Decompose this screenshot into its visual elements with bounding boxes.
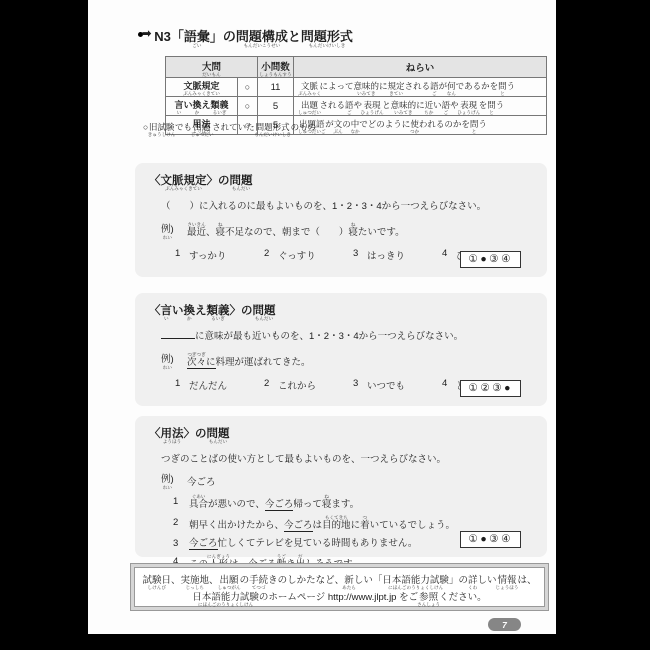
answer-marks-box: ①●③④ (460, 531, 521, 548)
section-heading: 〈言いい換かえ類義るいぎ〉の問題もんだい (149, 302, 533, 321)
row-mark: ○ (238, 78, 258, 97)
row-name: 言いい換かえ類義るいぎ (166, 97, 238, 116)
row-count: 5 (258, 97, 294, 116)
info-line-2: 日本語能力試験にほんごのうりょくしけんのホームページ http://www.jl… (135, 590, 544, 607)
answer-marks-box: ①●③④ (460, 251, 521, 268)
page-title-text: N3「語彙ごい」の問題構成もんだいこうせいと問題形式もんだいけいしき (154, 26, 353, 48)
example-sentence: 最近さいきん、寝ね不足なので、朝まで（ ）寝ねたいです。 (187, 222, 405, 240)
option: 3はっきり (353, 248, 442, 262)
header-shoumonsuu: 小問数しょうもんすう (258, 57, 294, 78)
book-page: ➡ N3「語彙ごい」の問題構成もんだいこうせいと問題形式もんだいけいしき 大問だ… (88, 0, 556, 634)
option: 3いつでも (353, 378, 442, 392)
page-number-badge: 7 (488, 618, 521, 631)
row-name: 文脈規定ぶんみゃくきてい (166, 78, 238, 97)
section-instruction: に意味が最も近いものを、1・2・3・4から一つえらびなさい。 (161, 328, 533, 342)
example-label: 例)れい (161, 351, 187, 370)
option: 2これから (264, 378, 353, 392)
row-count: 11 (258, 78, 294, 97)
row-mark: ○ (238, 97, 258, 116)
answer-marks-box: ①②③● (460, 380, 521, 397)
section-iikae-ruigi: 〈言いい換かえ類義るいぎ〉の問題もんだい に意味が最も近いものを、1・2・3・4… (135, 293, 547, 406)
table-row: 文脈規定ぶんみゃくきてい ○ 11 文脈ぶんみゃくによって意味的いみてきに規定き… (166, 78, 547, 97)
row-aim: 文脈ぶんみゃくによって意味的いみてきに規定きていされる語ごが何なんであるかを問と… (294, 78, 547, 97)
option: 1すっかり (175, 248, 264, 262)
table-row: 言いい換かえ類義るいぎ ○ 5 出題しゅつだいされる語ごや表現ひょうげんと意味的… (166, 97, 547, 116)
header-nerai: ねらい (294, 57, 547, 78)
example-sentence: 次々つぎつぎに料理が運ばれてきた。 (187, 352, 311, 370)
section-youhou: 〈用法ようほう〉の問題もんだい つぎのことばの使い方として最もよいものを、一つえ… (135, 416, 547, 557)
section-bunmyaku-kitei: 〈文脈規定ぶんみゃくきてい〉の問題もんだい （ ）に入れるのに最もよいものを、1… (135, 163, 547, 277)
section-heading: 〈用法ようほう〉の問題もんだい (149, 425, 533, 444)
scanned-book-page: { "page": { "number": "7" }, "title": { … (0, 0, 650, 650)
section-instruction: （ ）に入れるのに最もよいものを、1・2・3・4から一つえらびなさい。 (161, 198, 533, 212)
jlpt-info-box: 試験日しけんび、実施地じっしち、出願しゅつがんの手続てつづきのしかたなど、新あた… (130, 563, 549, 611)
example-label: 例)れい (161, 221, 187, 240)
option: 1だんだん (175, 378, 264, 392)
example-word: 今ごろ (187, 475, 216, 490)
example-label: 例)れい (161, 471, 187, 490)
double-arrow-icon: ➡ (138, 29, 151, 40)
info-line-1: 試験日しけんび、実施地じっしち、出願しゅつがんの手続てつづきのしかたなど、新あた… (135, 573, 544, 590)
header-daimon: 大問だいもん (166, 57, 258, 78)
section-instruction: つぎのことばの使い方として最もよいものを、一つえらびなさい。 (161, 451, 533, 465)
row-aim: 出題語しゅつだいごが文ぶんの中なかでどのように使つかわれるのかを問とう (294, 116, 547, 135)
section-heading: 〈文脈規定ぶんみゃくきてい〉の問題もんだい (149, 172, 533, 191)
table-footnote: ○旧試験きゅうしけんでも出題しゅつだいされていた問題形式もんだいけいしきのもの (143, 121, 316, 137)
row-aim: 出題しゅつだいされる語ごや表現ひょうげんと意味的いみてきに近ちかい語ごや表現ひょ… (294, 97, 547, 116)
table-header-row: 大問だいもん 小問数しょうもんすう ねらい (166, 57, 547, 78)
page-title: ➡ N3「語彙ごい」の問題構成もんだいこうせいと問題形式もんだいけいしき (138, 26, 353, 48)
usage-item: 1具合ぐあいが悪いので、今ごろ帰って寝ねます。 (173, 494, 533, 512)
option: 2ぐっすり (264, 248, 353, 262)
